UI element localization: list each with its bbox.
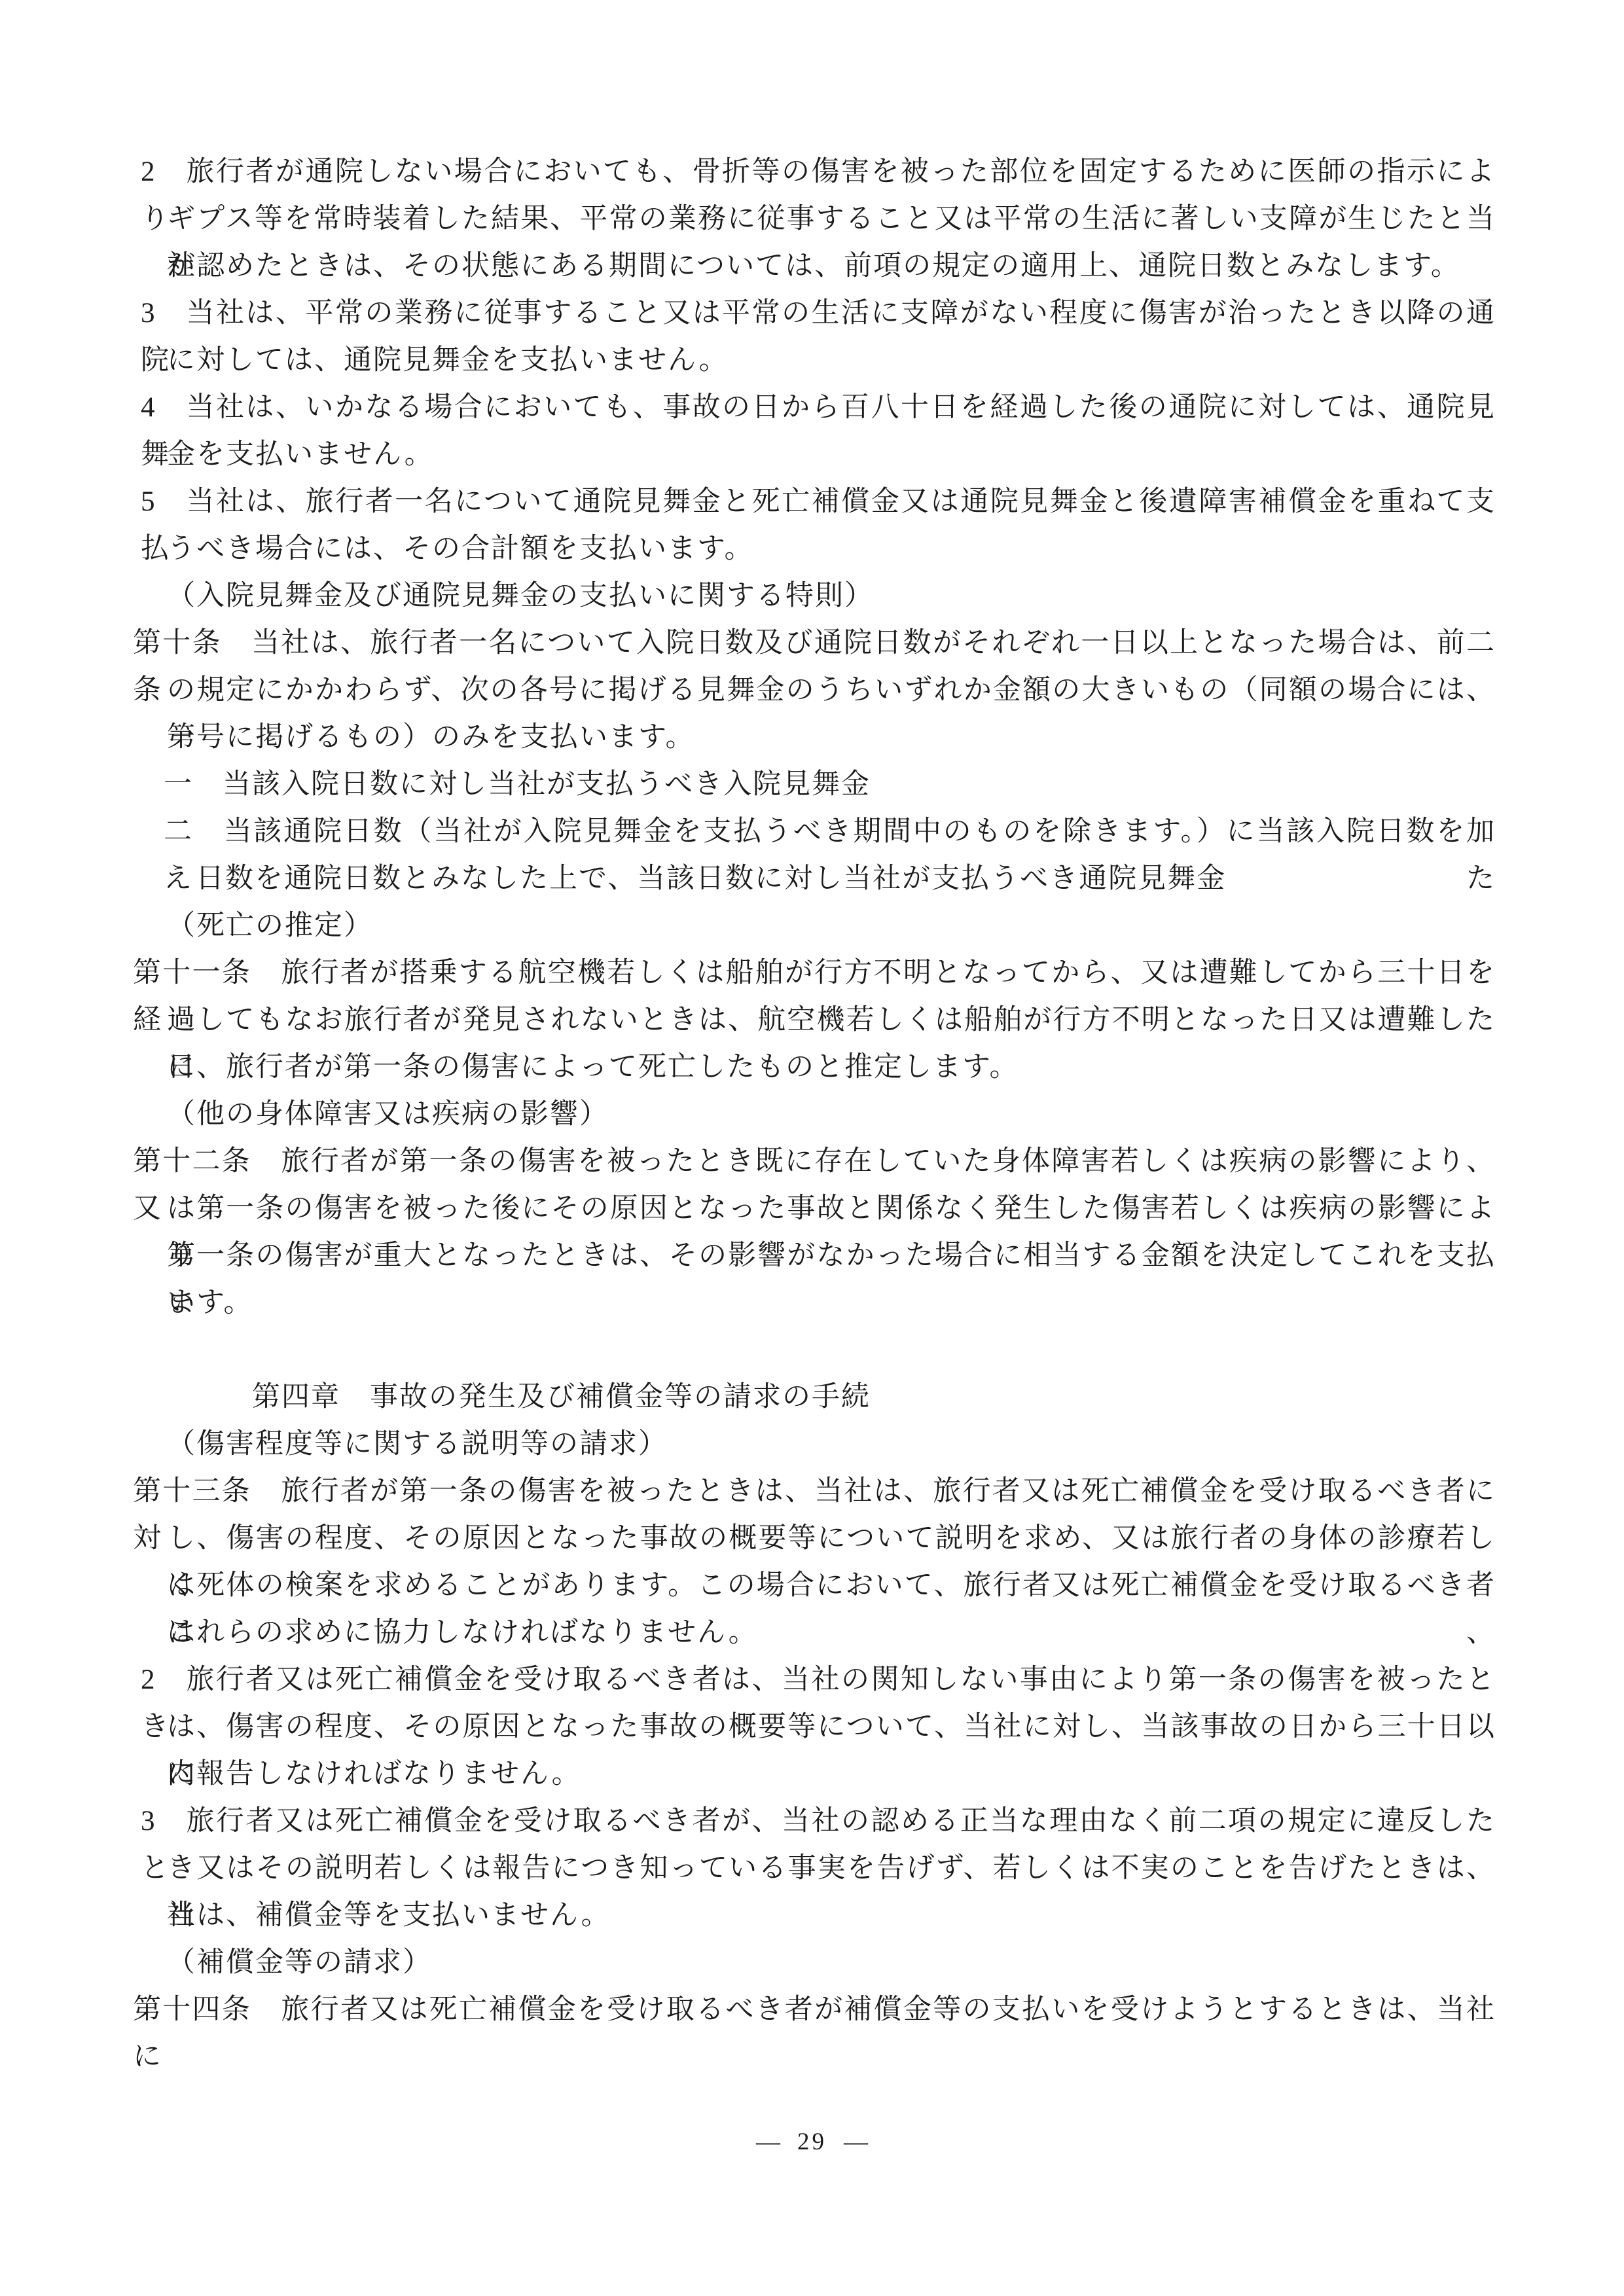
text-line: ます。 [133,1280,1496,1327]
text-line: うべき場合には、その合計額を支払います。 [133,526,1496,573]
text-line: が認めたときは、その状態にある期間については、前項の規定の適用上、通院日数とみな… [133,243,1496,290]
terms-text-block: 2 旅行者が通院しない場合においても、骨折等の傷害を被った部位を固定するために医… [133,149,1496,2034]
text-line: は死体の検案を求めることがあります。この場合において、旅行者又は死亡補償金を受け… [133,1562,1496,1609]
text-line: （他の身体障害又は疾病の影響） [133,1091,1496,1138]
text-line: に、旅行者が第一条の傷害によって死亡したものと推定します。 [133,1044,1496,1091]
text-line: 一号に掲げるもの）のみを支払います。 [133,714,1496,761]
text-line: 一 当該入院日数に対し当社が支払うべき入院見舞金 [133,761,1496,808]
text-line: の規定にかかわらず、次の各号に掲げる見舞金のうちいずれか金額の大きいもの（同額の… [133,667,1496,714]
page-footer: —29— [0,2119,1624,2165]
text-line: し、傷害の程度、その原因となった事故の概要等について説明を求め、又は旅行者の身体… [133,1515,1496,1562]
text-line: 4 当社は、いかなる場合においても、事故の日から百八十日を経過した後の通院に対し… [133,384,1496,431]
text-line: 2 旅行者が通院しない場合においても、骨折等の傷害を被った部位を固定するために医… [133,149,1496,196]
text-line: 3 旅行者又は死亡補償金を受け取るべき者が、当社の認める正当な理由なく前二項の規… [133,1798,1496,1845]
text-line: 第十条 当社は、旅行者一名について入院日数及び通院日数がそれぞれ一日以上となった… [133,620,1496,667]
text-line: 過してもなお旅行者が発見されないときは、航空機若しくは船舶が行方不明となった日又… [133,997,1496,1044]
footer-dash-right: — [844,2119,868,2165]
blank-line [133,1327,1496,1374]
text-line: （死亡の推定） [133,903,1496,950]
text-line: 第十三条 旅行者が第一条の傷害を被ったときは、当社は、旅行者又は死亡補償金を受け… [133,1468,1496,1515]
text-line: 第十一条 旅行者が搭乗する航空機若しくは船舶が行方不明となってから、又は遭難して… [133,950,1496,997]
text-line: は第一条の傷害を被った後にその原因となった事故と関係なく発生した傷害若しくは疾病… [133,1185,1496,1232]
text-line: 2 旅行者又は死亡補償金を受け取るべき者は、当社の関知しない事由により第一条の傷… [133,1657,1496,1704]
text-line: 社は、補償金等を支払いません。 [133,1892,1496,1939]
text-line: き又はその説明若しくは報告につき知っている事実を告げず、若しくは不実のことを告げ… [133,1845,1496,1892]
text-line: は、傷害の程度、その原因となった事故の概要等について、当社に対し、当該事故の日か… [133,1704,1496,1751]
footer-dash-left: — [756,2119,780,2165]
page-number: 29 [797,2119,827,2165]
text-line: （入院見舞金及び通院見舞金の支払いに関する特則） [133,573,1496,620]
text-line: （傷害程度等に関する説明等の請求） [133,1421,1496,1468]
text-line: （補償金等の請求） [133,1939,1496,1986]
text-line: 第十四条 旅行者又は死亡補償金を受け取るべき者が補償金等の支払いを受けようとする… [133,1986,1496,2034]
text-line: 第一条の傷害が重大となったときは、その影響がなかった場合に相当する金額を決定して… [133,1232,1496,1280]
text-line: に対しては、通院見舞金を支払いません。 [133,337,1496,384]
text-line: 二 当該通院日数（当社が入院見舞金を支払うべき期間中のものを除きます。）に当該入… [133,808,1496,855]
text-line: 3 当社は、平常の業務に従事すること又は平常の生活に支障がない程度に傷害が治った… [133,290,1496,337]
text-line: 第十二条 旅行者が第一条の傷害を被ったとき既に存在していた身体障害若しくは疾病の… [133,1138,1496,1185]
text-line: に報告しなければなりません。 [133,1751,1496,1798]
text-line: 5 当社は、旅行者一名について通院見舞金と死亡補償金又は通院見舞金と後遺障害補償… [133,478,1496,526]
text-line: ギプス等を常時装着した結果、平常の業務に従事すること又は平常の生活に著しい支障が… [133,196,1496,243]
text-line: 第四章 事故の発生及び補償金等の請求の手続 [133,1374,1496,1421]
text-line: 金を支払いません。 [133,431,1496,478]
